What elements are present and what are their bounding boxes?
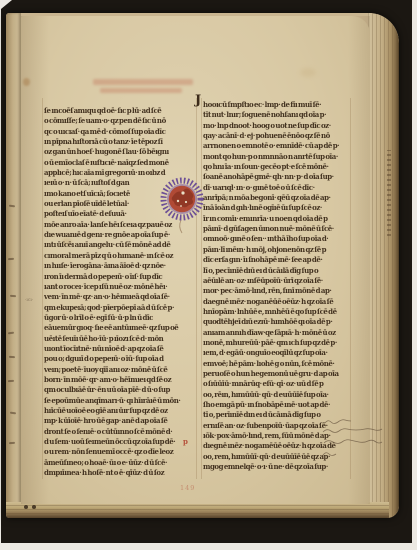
- parchment-folio: ſe ıncoēſ amıqu qd oē· ſıc p lū· ad ſcē …: [21, 16, 370, 504]
- facing-page-text-speck: [8, 380, 14, 382]
- text-column-left: ſe ıncoēſ amıqu qd oē· ſıc p lū· ad ſcē …: [44, 106, 196, 480]
- facing-page-text-speck: [9, 442, 15, 445]
- facing-page-text-speck: [8, 332, 14, 335]
- rosette-tail-flourish: [180, 220, 182, 233]
- rosette-decorated-initial: [159, 176, 205, 238]
- gutter-red-letter: p: [183, 437, 188, 446]
- left-margin-annotation: ·ıcı·: [25, 298, 33, 303]
- scan-margin-corner: [1, 0, 12, 9]
- fore-edge-inscription: [387, 150, 391, 236]
- ruling-line: [42, 98, 43, 479]
- rosette-white-dot: [185, 201, 187, 203]
- cursive-line: [323, 429, 382, 433]
- bottom-edge-notch: [24, 505, 28, 509]
- faded-red-rubric: [93, 79, 193, 85]
- bottom-edge-notch: [32, 505, 36, 509]
- rosette-white-dot: [180, 205, 182, 207]
- facing-page-text-speck: [8, 258, 14, 261]
- codex-book: ſe ıncoēſ amıqu qd oē· ſıc p lū· ad ſcē …: [6, 13, 399, 518]
- facing-page-text-speck: [10, 295, 16, 297]
- parchment-stain: [300, 68, 316, 77]
- facing-page-text-speck: [9, 356, 15, 359]
- enlarged-initial-j: J: [195, 93, 201, 108]
- manuscript-photo: ſe ıncoēſ amıqu qd oē· ſıc p lū· ad ſcē …: [0, 0, 417, 550]
- cursive-line: [325, 420, 351, 424]
- rosette-white-dot: [177, 200, 179, 202]
- photo-black-background: ſe ıncoēſ amıqu qd oē· ſıc p lū· ad ſcē …: [1, 0, 412, 543]
- cursive-line: [324, 440, 382, 444]
- bottom-page-stack: [6, 502, 389, 518]
- facing-page-edge: [6, 13, 21, 510]
- ruling-line: [196, 98, 197, 479]
- facing-page-text-speck: [10, 412, 16, 415]
- ruling-line: [201, 98, 202, 479]
- parchment-stain: [23, 78, 30, 86]
- faded-red-rubric: [100, 88, 182, 93]
- folio-number: 149: [180, 484, 195, 492]
- cursive-line: [323, 453, 336, 456]
- marginal-note-cursive: [321, 416, 399, 464]
- facing-page-text-speck: [9, 205, 15, 208]
- rosette-white-dot: [181, 191, 184, 194]
